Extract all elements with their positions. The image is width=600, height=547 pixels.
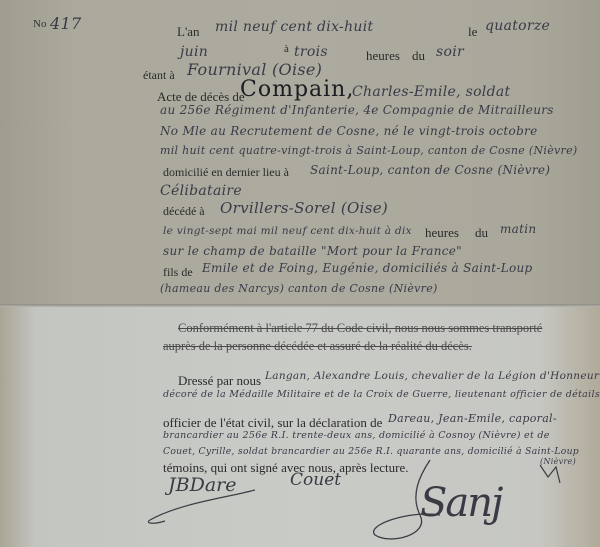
- struck-clause-line1: Conformément à l'article 77 du Code civi…: [178, 321, 542, 336]
- a-label: à: [284, 43, 289, 55]
- deceased-regiment-line: au 256e Régiment d'Infanterie, 4e Compag…: [160, 103, 554, 117]
- domicile-value: Saint-Loup, canton de Cosne (Nièvre): [310, 163, 550, 177]
- acte-number-label: No: [33, 18, 46, 30]
- signature-couet: Couet: [290, 470, 341, 490]
- lan-label: L'an: [177, 24, 200, 40]
- decede-label: décédé à: [163, 204, 205, 219]
- parents-line2: (hameau des Narcys) canton de Cosne (Niè…: [160, 282, 438, 295]
- officer-name-line: Langan, Alexandre Louis, chevalier de la…: [265, 370, 599, 382]
- deceased-given-names: Charles-Emile, soldat: [352, 84, 510, 100]
- deceased-birth-line: mil huit cent quatre-vingt-trois à Saint…: [160, 144, 578, 157]
- death-heures-label: heures: [425, 225, 459, 241]
- officier-label: officier de l'état civil, sur la déclara…: [163, 415, 382, 431]
- declarant1: Dareau, Jean-Emile, caporal-: [388, 412, 557, 425]
- parents-value: Emile et de Foing, Eugénie, domiciliés à…: [202, 261, 533, 275]
- fils-label: fils de: [163, 265, 193, 280]
- death-du-label: du: [475, 225, 488, 241]
- dresse-label: Dressé par nous: [178, 373, 261, 389]
- period-value: soir: [436, 44, 464, 60]
- death-place: Orvillers-Sorel (Oise): [220, 199, 388, 217]
- heures-label: heures: [366, 48, 400, 64]
- hour-value: trois: [294, 44, 328, 60]
- month-value: juin: [180, 44, 208, 60]
- death-date: le vingt-sept mai mil neuf cent dix-huit…: [163, 225, 412, 237]
- death-period: matin: [500, 222, 536, 236]
- year-value: mil neuf cent dix-huit: [215, 19, 373, 35]
- day-value: quatorze: [485, 18, 550, 34]
- struck-clause-line2: auprès de la personne décédée et assuré …: [163, 339, 472, 354]
- signature-dareau-flourish: [140, 485, 260, 525]
- etant-label: étant à: [143, 68, 175, 83]
- signature-langan-flourish: [370, 455, 570, 545]
- declarant1-line2: brancardier au 256e R.I. trente-deux ans…: [163, 430, 550, 441]
- deceased-surname: Compain,: [240, 77, 354, 102]
- du-label: du: [412, 48, 425, 64]
- acte-number: 417: [50, 14, 81, 33]
- officer-decorations-line: décoré de la Médaille Militaire et de la…: [163, 389, 600, 400]
- page-fold-line: [0, 304, 600, 307]
- marital-status: Célibataire: [160, 183, 242, 199]
- le-label: le: [468, 24, 477, 40]
- deceased-recruitment-line: No Mle au Recrutement de Cosne, né le vi…: [160, 124, 538, 138]
- domicile-label: domicilié en dernier lieu à: [163, 165, 289, 180]
- death-circumstance: sur le champ de bataille "Mort pour la F…: [163, 244, 462, 258]
